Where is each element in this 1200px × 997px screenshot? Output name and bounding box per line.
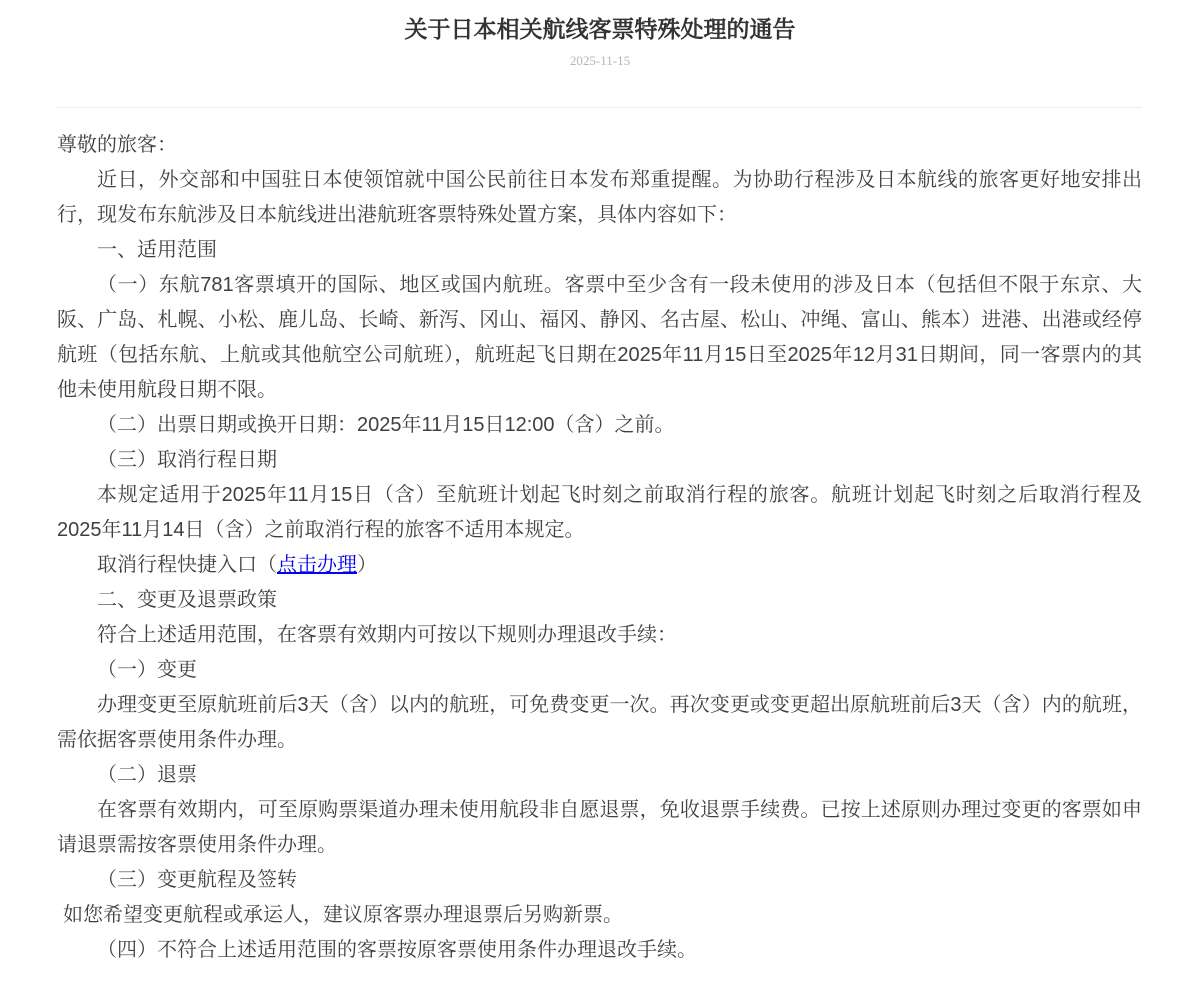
other-tickets-clause: （四）不符合上述适用范围的客票按原客票使用条件办理退改手续。 xyxy=(57,933,1142,968)
salutation: 尊敬的旅客： xyxy=(57,128,1142,163)
cancel-entry-suffix: ） xyxy=(357,554,377,576)
refund-body: 在客票有效期内，可至原购票渠道办理未使用航段非自愿退票，免收退票手续费。已按上述… xyxy=(57,793,1142,863)
section-2-heading: 二、变更及退票政策 xyxy=(57,583,1142,618)
intro-paragraph: 近日，外交部和中国驻日本使领馆就中国公民前往日本发布郑重提醒。为协助行程涉及日本… xyxy=(57,163,1142,233)
page-title: 关于日本相关航线客票特殊处理的通告 xyxy=(0,14,1200,46)
scope-item-2: （二）出票日期或换开日期：2025年11月15日12:00（含）之前。 xyxy=(57,408,1142,443)
header-divider xyxy=(57,107,1142,108)
change-body: 办理变更至原航班前后3天（含）以内的航班，可免费变更一次。再次变更或变更超出原航… xyxy=(57,688,1142,758)
scope-item-3-heading: （三）取消行程日期 xyxy=(57,443,1142,478)
reroute-body: 如您希望变更航程或承运人，建议原客票办理退票后另购新票。 xyxy=(57,898,1142,933)
cancel-entry-line: 取消行程快捷入口（点击办理） xyxy=(57,548,1142,583)
cancel-entry-link[interactable]: 点击办理 xyxy=(277,554,357,576)
notice-page: 关于日本相关航线客票特殊处理的通告 2025-11-15 尊敬的旅客： 近日，外… xyxy=(0,0,1200,997)
cancel-entry-prefix: 取消行程快捷入口（ xyxy=(97,554,277,576)
notice-body: 尊敬的旅客： 近日，外交部和中国驻日本使领馆就中国公民前往日本发布郑重提醒。为协… xyxy=(57,128,1142,968)
notice-header: 关于日本相关航线客票特殊处理的通告 2025-11-15 xyxy=(0,0,1200,70)
refund-heading: （二）退票 xyxy=(57,758,1142,793)
section-1-heading: 一、适用范围 xyxy=(57,233,1142,268)
scope-item-3-body: 本规定适用于2025年11月15日（含）至航班计划起飞时刻之前取消行程的旅客。航… xyxy=(57,478,1142,548)
publish-date: 2025-11-15 xyxy=(0,52,1200,70)
change-heading: （一）变更 xyxy=(57,653,1142,688)
scope-item-1: （一）东航781客票填开的国际、地区或国内航班。客票中至少含有一段未使用的涉及日… xyxy=(57,268,1142,408)
policy-intro: 符合上述适用范围，在客票有效期内可按以下规则办理退改手续： xyxy=(57,618,1142,653)
reroute-heading: （三）变更航程及签转 xyxy=(57,863,1142,898)
